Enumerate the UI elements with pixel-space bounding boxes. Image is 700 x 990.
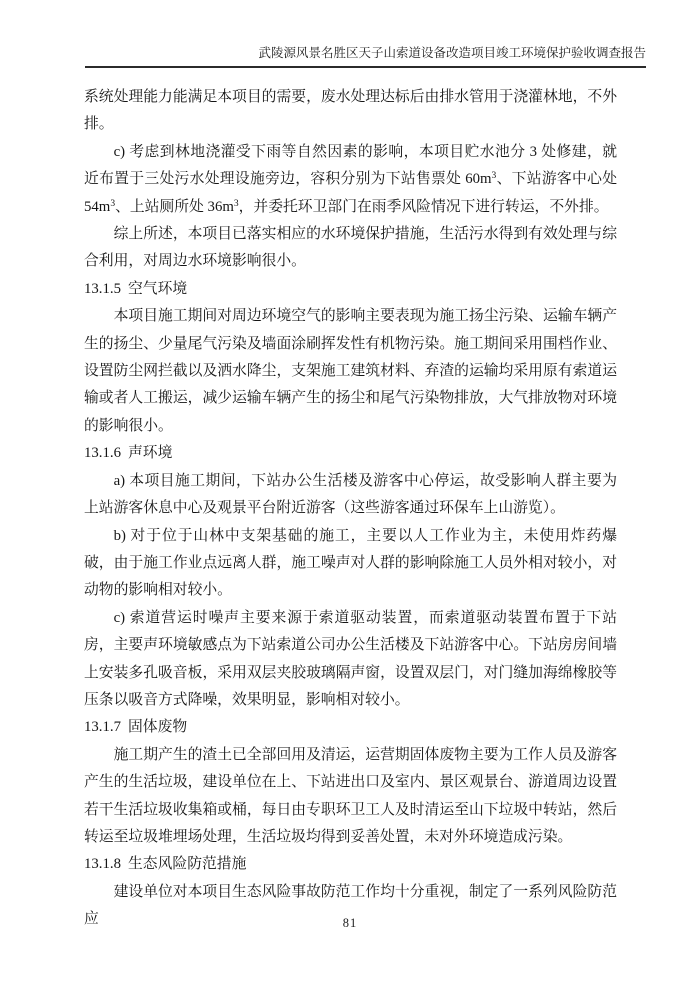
page-footer: 81 [0,916,700,931]
document-page: 武陵源风景名胜区天子山索道设备改造项目竣工环境保护验收调查报告 系统处理能力能满… [0,0,700,990]
section-heading: 13.1.8生态风险防范措施 [84,851,617,878]
paragraph: c) 索道营运时噪声主要来源于索道驱动装置，而索道驱动装置布置于下站房，主要声环… [84,605,617,715]
section-heading: 13.1.7固体废物 [84,714,617,741]
section-number: 13.1.6 [84,445,121,461]
paragraph: 综上所述，本项目已落实相应的水环境保护措施，生活污水得到有效处理与综合利用，对周… [84,221,617,276]
paragraph: c) 考虑到林地浇灌受下雨等自然因素的影响，本项目贮水池分 3 处修建，就近布置… [84,139,617,221]
section-title: 固体废物 [128,719,187,735]
section-title: 空气环境 [128,281,187,297]
page-number: 81 [343,916,358,930]
section-number: 13.1.5 [84,281,121,297]
superscript: 3 [234,199,239,209]
page-header: 武陵源风景名胜区天子山索道设备改造项目竣工环境保护验收调查报告 [85,46,646,68]
section-number: 13.1.8 [84,856,121,872]
paragraph: a) 本项目施工期间，下站办公生活楼及游客中心停运，故受影响人群主要为上站游客休… [84,468,617,523]
paragraph: 施工期产生的渣土已全部回用及清运，运营期固体废物主要为工作人员及游客产生的生活垃… [84,742,617,852]
section-heading: 13.1.5空气环境 [84,276,617,303]
section-title: 生态风险防范措施 [128,856,246,872]
section-heading: 13.1.6声环境 [84,440,617,467]
paragraph: 系统处理能力能满足本项目的需要，废水处理达标后由排水管用于浇灌林地，不外排。 [84,84,617,139]
superscript: 3 [492,171,497,181]
section-number: 13.1.7 [84,719,121,735]
header-title: 武陵源风景名胜区天子山索道设备改造项目竣工环境保护验收调查报告 [258,46,646,60]
paragraph: 本项目施工期间对周边环境空气的影响主要表现为施工扬尘污染、运输车辆产生的扬尘、少… [84,303,617,440]
document-body: 系统处理能力能满足本项目的需要，废水处理达标后由排水管用于浇灌林地，不外排。c)… [84,84,617,934]
section-title: 声环境 [128,445,172,461]
paragraph: b) 对于位于山林中支架基础的施工，主要以人工作业为主，未使用炸药爆破，由于施工… [84,523,617,605]
superscript: 3 [110,199,115,209]
